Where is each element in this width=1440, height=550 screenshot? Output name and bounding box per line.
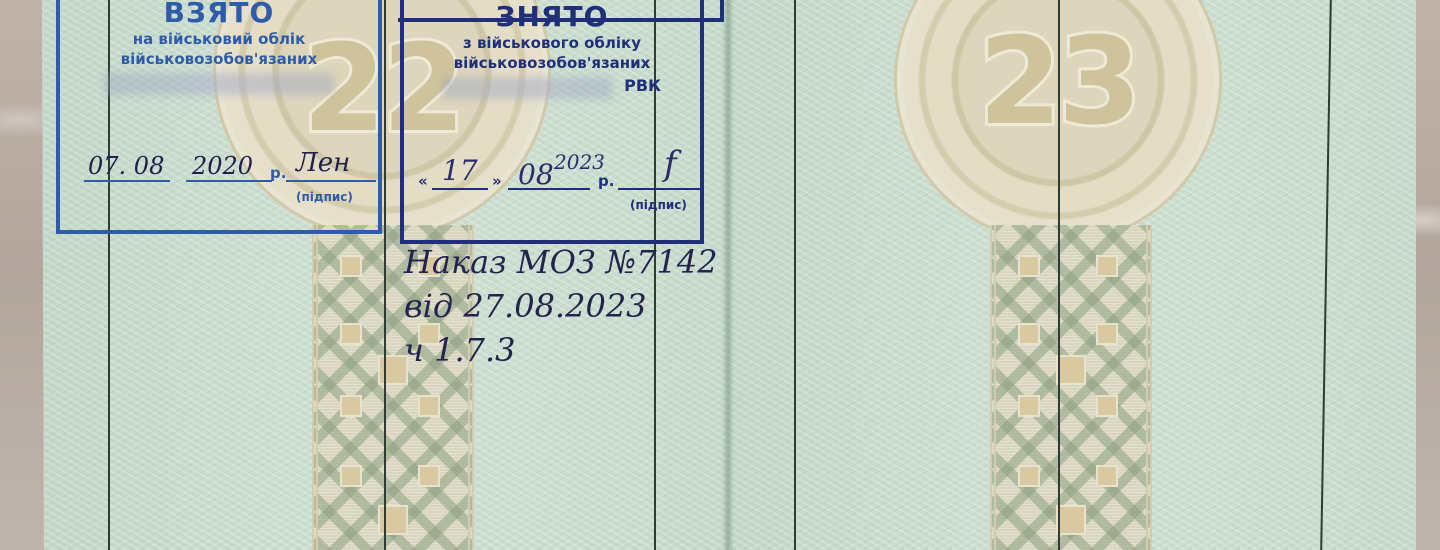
handwritten-date: 07. 08: [88, 152, 164, 180]
ornament-band-right: [990, 225, 1152, 550]
year-suffix: р.: [598, 172, 614, 190]
handwritten-month: 08: [518, 158, 554, 191]
quote-open: «: [418, 172, 428, 190]
signature-label: (підпис): [296, 190, 353, 204]
ornament-square: [1018, 323, 1040, 345]
stamp-line: військовозобов'язаних: [60, 49, 378, 69]
handwritten-order-note: Наказ МОЗ №7142 від 27.08.2023 ч 1.7.3: [404, 240, 718, 372]
page-rule-line: [1058, 0, 1060, 550]
ornament-square: [1018, 465, 1040, 487]
note-line-order: Наказ МОЗ №7142: [404, 240, 718, 284]
date-underline: [186, 180, 272, 182]
stamp-date-row: « » 17 08 2023 р. f (підпис): [418, 166, 690, 194]
page-rule-line: [384, 0, 386, 550]
ornament-square: [418, 395, 440, 417]
signature-label: (підпис): [630, 198, 687, 212]
ornament-square: [418, 465, 440, 487]
handwritten-year: 2023: [554, 150, 605, 174]
signature-underline: [286, 180, 376, 182]
note-line-date: від 27.08.2023: [404, 284, 718, 328]
stamp-date-row: 07. 08 2020 р. Лен (підпис): [74, 158, 368, 186]
ornament-square: [1056, 505, 1086, 535]
signature-underline: [618, 188, 702, 190]
stamp-title: ЗНЯТО: [404, 0, 700, 33]
redacted-office: [104, 73, 334, 95]
note-line-clause: ч 1.7.3: [404, 328, 718, 372]
handwritten-year: 2020: [192, 152, 253, 180]
ornament-square: [340, 465, 362, 487]
handwritten-day: 17: [442, 154, 478, 187]
ornament-square: [1018, 255, 1040, 277]
quote-close: »: [492, 172, 502, 190]
page-rule-line: [794, 0, 796, 550]
stamp-line: військовозобов'язаних: [404, 53, 700, 73]
ornament-square: [340, 323, 362, 345]
ornament-square: [1056, 355, 1086, 385]
handwritten-signature: Лен: [296, 148, 350, 178]
page-gutter: [722, 0, 734, 550]
year-suffix: р.: [270, 164, 286, 182]
redacted-office: [443, 77, 613, 99]
stamp-registration-taken: ВЗЯТО на військовий облік військовозобов…: [56, 0, 382, 234]
date-underline: [432, 188, 488, 190]
ornament-square: [1096, 255, 1118, 277]
ornament-square: [1096, 323, 1118, 345]
ornament-square: [340, 395, 362, 417]
ornament-square: [378, 505, 408, 535]
stamp-line: на військовий облік: [60, 29, 378, 49]
office-suffix: РВК: [624, 76, 661, 95]
ornament-square: [1018, 395, 1040, 417]
ornament-square: [1096, 395, 1118, 417]
ornament-square: [1096, 465, 1118, 487]
date-underline: [84, 180, 170, 182]
ornament-square: [340, 255, 362, 277]
stamp-registration-removed: ЗНЯТО з військового обліку військовозобо…: [400, 0, 704, 244]
handwritten-signature: f: [664, 144, 677, 184]
stamp-title: ВЗЯТО: [60, 0, 378, 29]
stamp-line: з військового обліку: [404, 33, 700, 53]
